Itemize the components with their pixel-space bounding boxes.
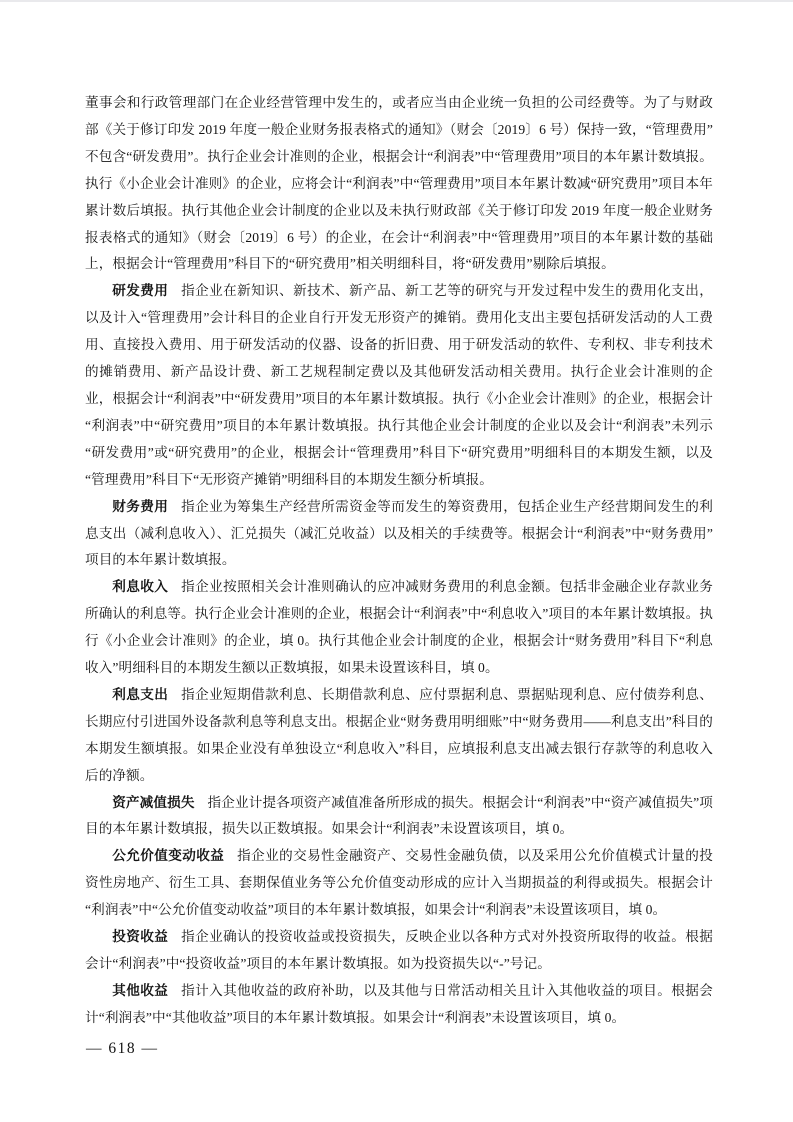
paragraph: 公允价值变动收益指企业的交易性金融资产、交易性金融负债，以及采用公允价值模式计量…: [85, 843, 713, 924]
paragraph: 利息支出指企业短期借款利息、长期借款利息、应付票据利息、票据贴现利息、应付债券利…: [85, 682, 713, 790]
paragraph-term: 资产减值损失: [112, 795, 194, 810]
paragraph-term: 其他收益: [112, 983, 168, 998]
paragraph: 研发费用指企业在新知识、新技术、新产品、新工艺等的研究与开发过程中发生的费用化支…: [85, 278, 713, 493]
paragraph: 董事会和行政管理部门在企业经营管理中发生的，或者应当由企业统一负担的公司经费等。…: [85, 90, 713, 278]
document-body: 董事会和行政管理部门在企业经营管理中发生的，或者应当由企业统一负担的公司经费等。…: [85, 90, 713, 1032]
paragraph: 资产减值损失指企业计提各项资产减值准备所形成的损失。根据会计“利润表”中“资产减…: [85, 790, 713, 844]
paragraph: 财务费用指企业为筹集生产经营所需资金等而发生的筹资费用，包括企业生产经营期间发生…: [85, 494, 713, 575]
paragraph: 其他收益指计入其他收益的政府补助，以及其他与日常活动相关且计入其他收益的项目。根…: [85, 978, 713, 1032]
document-page: 董事会和行政管理部门在企业经营管理中发生的，或者应当由企业统一负担的公司经费等。…: [0, 0, 793, 1122]
page-number: — 618 —: [86, 1036, 159, 1062]
paragraph-text: 董事会和行政管理部门在企业经营管理中发生的，或者应当由企业统一负担的公司经费等。…: [85, 95, 713, 271]
paragraph-term: 投资收益: [112, 929, 168, 944]
paragraph-text: 指企业短期借款利息、长期借款利息、应付票据利息、票据贴现利息、应付债券利息、长期…: [85, 687, 713, 783]
paragraph-term: 财务费用: [112, 499, 168, 514]
paragraph-text: 指企业在新知识、新技术、新产品、新工艺等的研究与开发过程中发生的费用化支出，以及…: [85, 283, 713, 486]
paragraph-text: 指企业确认的投资收益或投资损失，反映企业以各种方式对外投资所取得的收益。根据会计…: [85, 929, 713, 971]
paragraph-term: 研发费用: [112, 283, 168, 298]
paragraph-text: 指企业按照相关会计准则确认的应冲减财务费用的利息金额。包括非金融企业存款业务所确…: [85, 579, 713, 675]
paragraph-term: 利息支出: [112, 687, 168, 702]
paragraph-term: 公允价值变动收益: [112, 848, 224, 863]
paragraph-text: 指计入其他收益的政府补助，以及其他与日常活动相关且计入其他收益的项目。根据会计“…: [85, 983, 713, 1025]
paragraph: 利息收入指企业按照相关会计准则确认的应冲减财务费用的利息金额。包括非金融企业存款…: [85, 574, 713, 682]
paragraph: 投资收益指企业确认的投资收益或投资损失，反映企业以各种方式对外投资所取得的收益。…: [85, 924, 713, 978]
paragraph-term: 利息收入: [112, 579, 168, 594]
paragraph-text: 指企业为筹集生产经营所需资金等而发生的筹资费用，包括企业生产经营期间发生的利息支…: [85, 499, 713, 568]
